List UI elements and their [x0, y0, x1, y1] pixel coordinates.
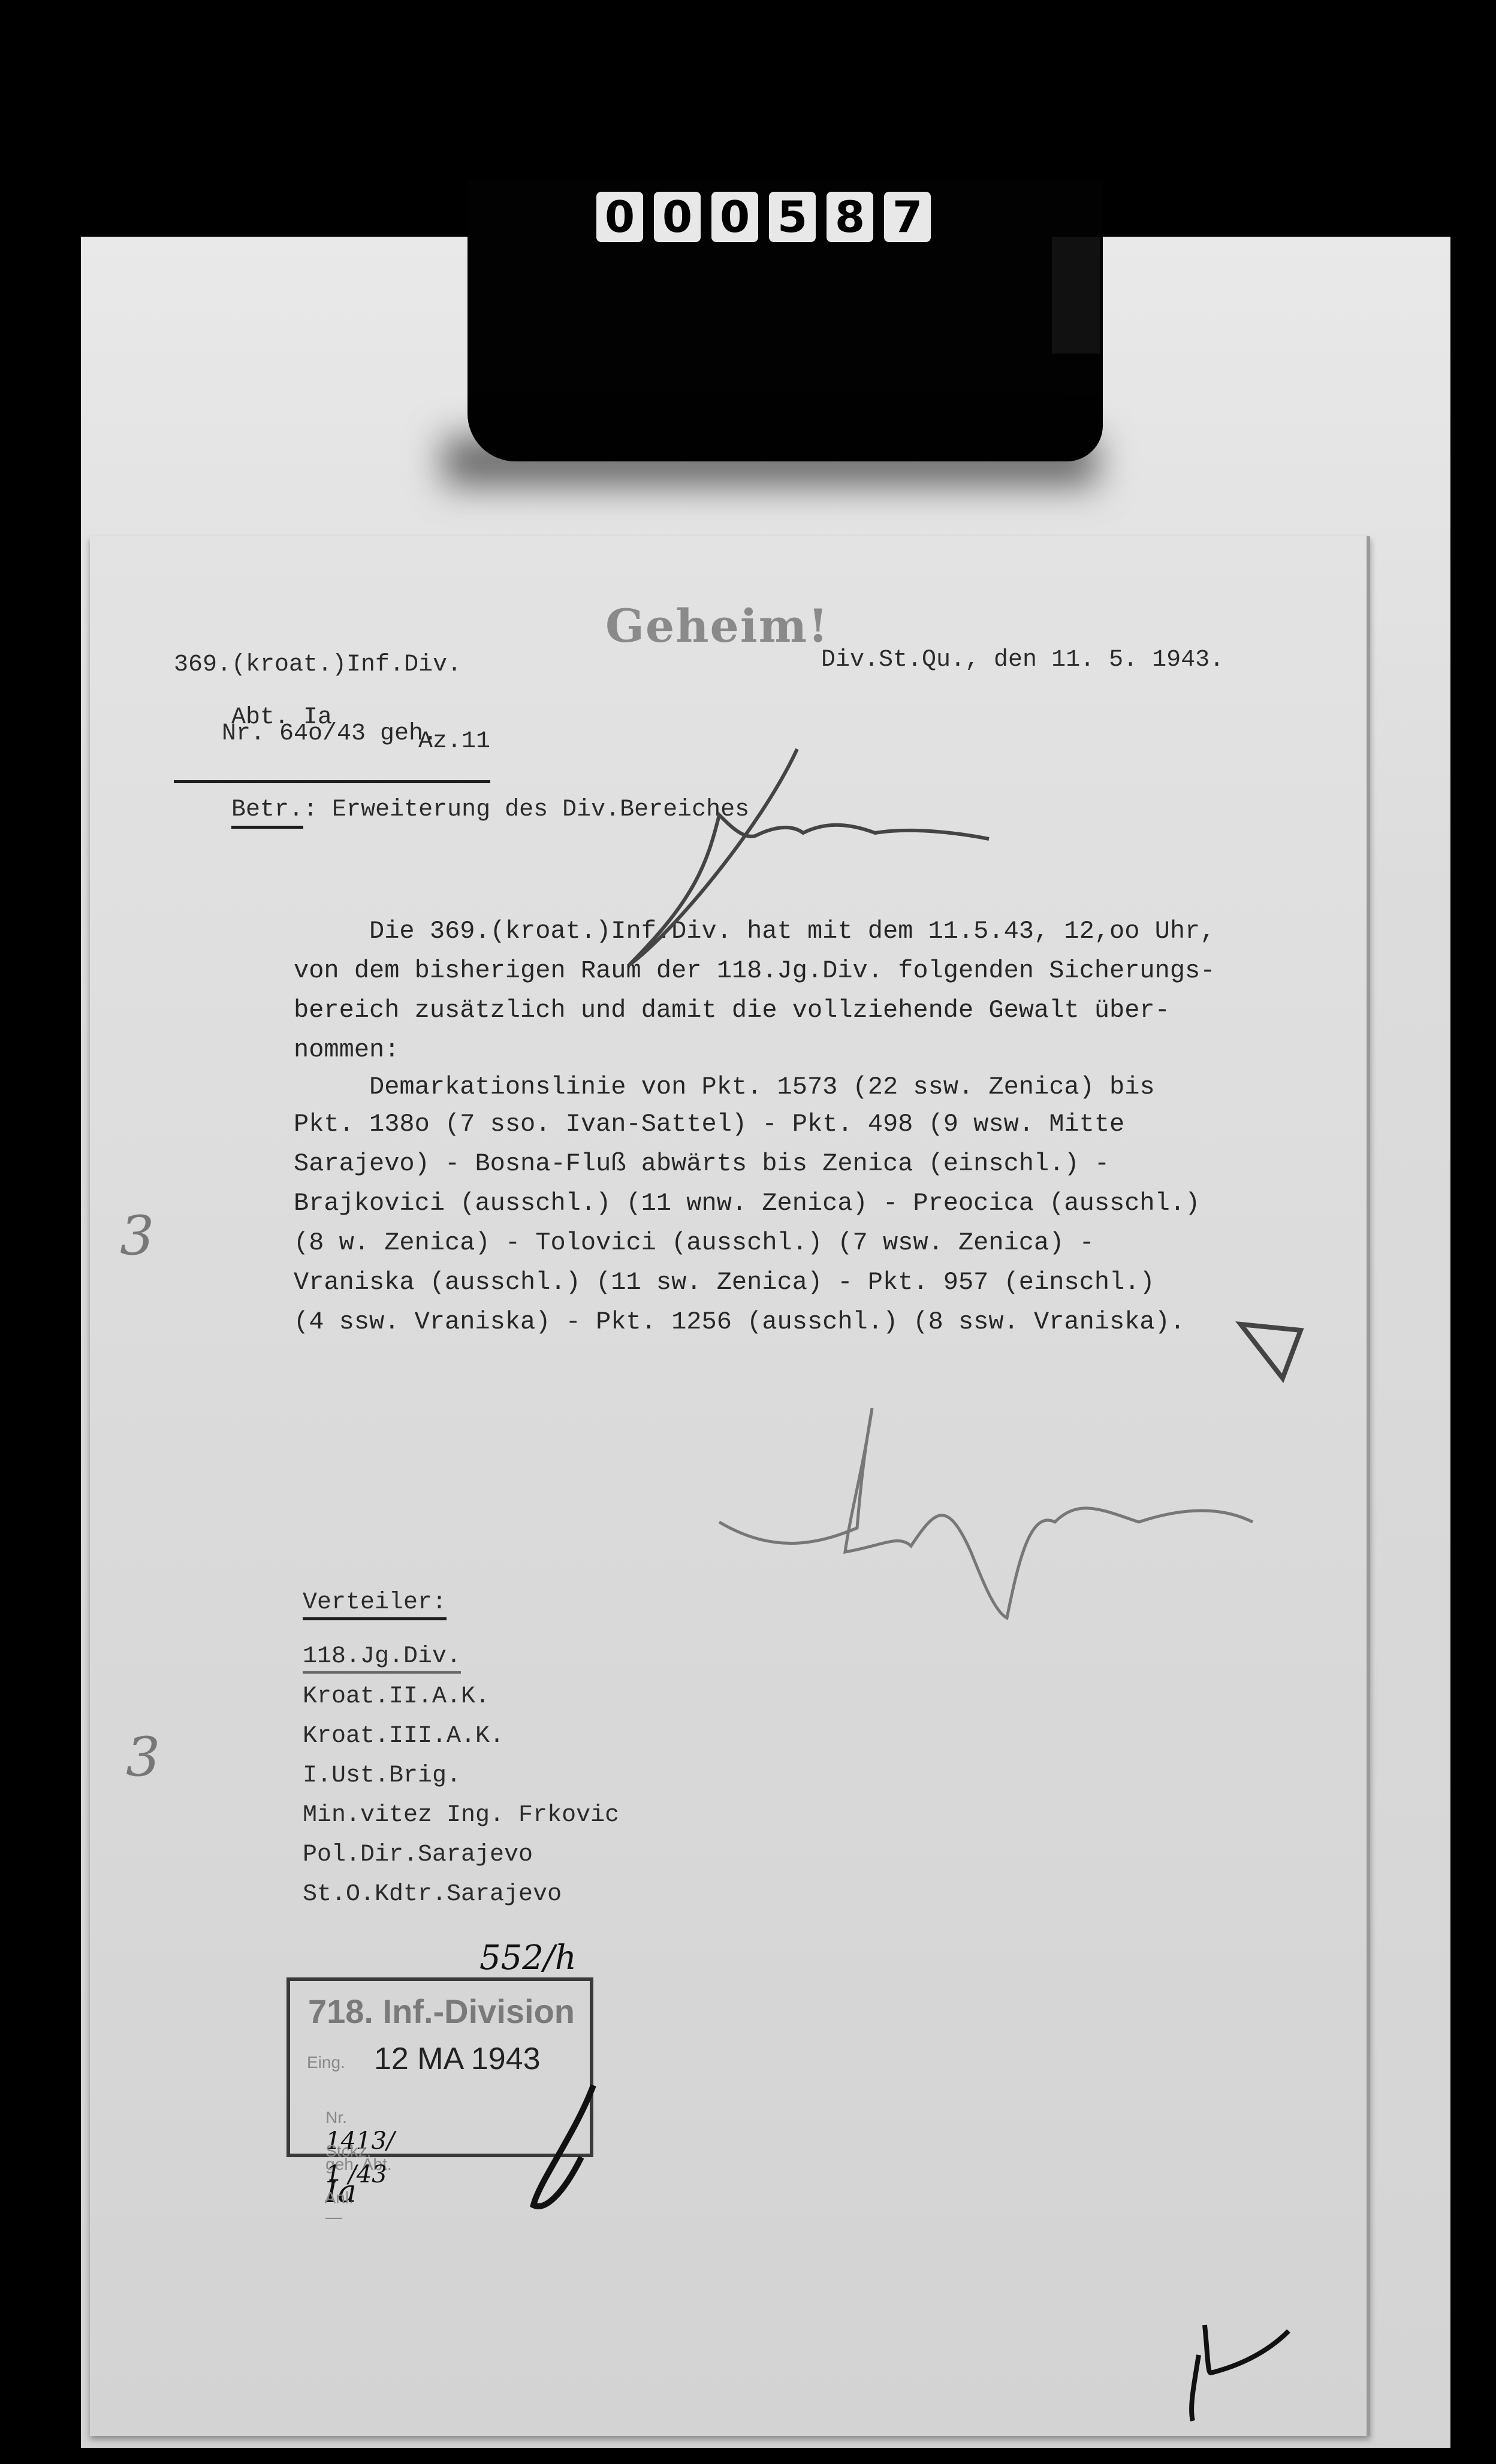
signature-stroke-icon [0, 0, 1496, 2464]
